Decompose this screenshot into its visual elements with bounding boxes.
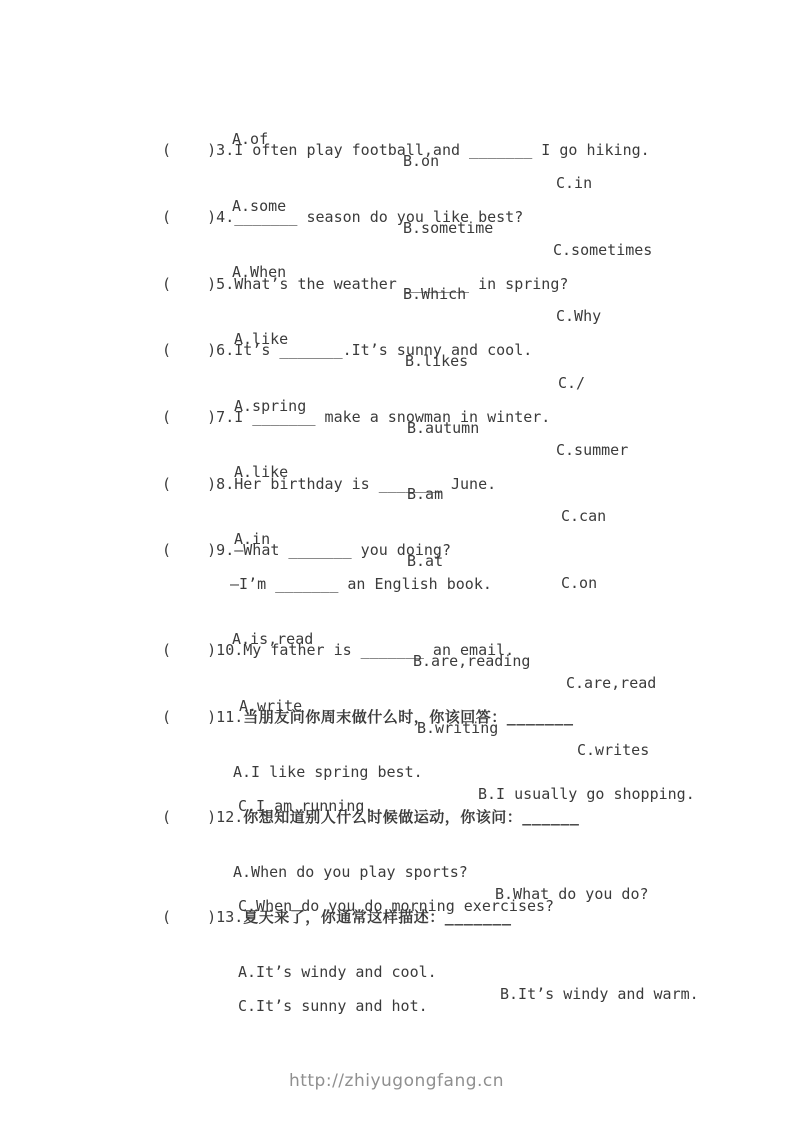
question-row-11: ( )11.当朋友问你周末做什么时，你该回答：_______ bbox=[162, 706, 574, 728]
question-row-12: ( )12.你想知道别人什么时候做运动，你该问：______ bbox=[162, 806, 579, 828]
question-row-8: ( )8.Her birthday is _______ June. bbox=[162, 473, 496, 495]
question-row-7: ( )7.I _______ make a snowman in winter. bbox=[162, 406, 550, 428]
question-row-9-answer: —I’m _______ an English book. bbox=[230, 573, 492, 595]
question-row-3: ( )3.I often play football,and _______ I… bbox=[162, 139, 650, 161]
question-row-10: ( )10.My father is _______ an email. bbox=[162, 639, 514, 661]
footer-url: http://zhiyugongfang.cn bbox=[0, 1070, 793, 1092]
question-row-13: ( )13.夏天来了，你通常这样描述：_______ bbox=[162, 906, 512, 928]
question-text-cn: 当朋友问你周末做什么时，你该回答：_______ bbox=[243, 708, 573, 726]
question-text-cn: 夏天来了，你通常这样描述：_______ bbox=[243, 908, 511, 926]
question-row-9: ( )9.—What _______ you doing? bbox=[162, 539, 451, 561]
question-number: ( )11. bbox=[162, 708, 243, 726]
option-c: C.on bbox=[561, 572, 597, 594]
exam-page: A.of B.on C.in ( )3.I often play footbal… bbox=[0, 0, 793, 1122]
question-number: ( )12. bbox=[162, 808, 243, 826]
question-row-4: ( )4._______ season do you like best? bbox=[162, 206, 523, 228]
question-row-6: ( )6.It’s _______.It’s sunny and cool. bbox=[162, 339, 532, 361]
question-text-cn: 你想知道别人什么时候做运动，你该问：______ bbox=[243, 808, 579, 826]
options-row-q13-c: C.It’s sunny and hot. bbox=[0, 973, 793, 1039]
question-row-5: ( )5.What’s the weather _______ in sprin… bbox=[162, 273, 568, 295]
options-row-q8: A.in B.at C.on bbox=[0, 506, 793, 616]
question-number: ( )13. bbox=[162, 908, 243, 926]
option-c: C.It’s sunny and hot. bbox=[238, 995, 428, 1017]
